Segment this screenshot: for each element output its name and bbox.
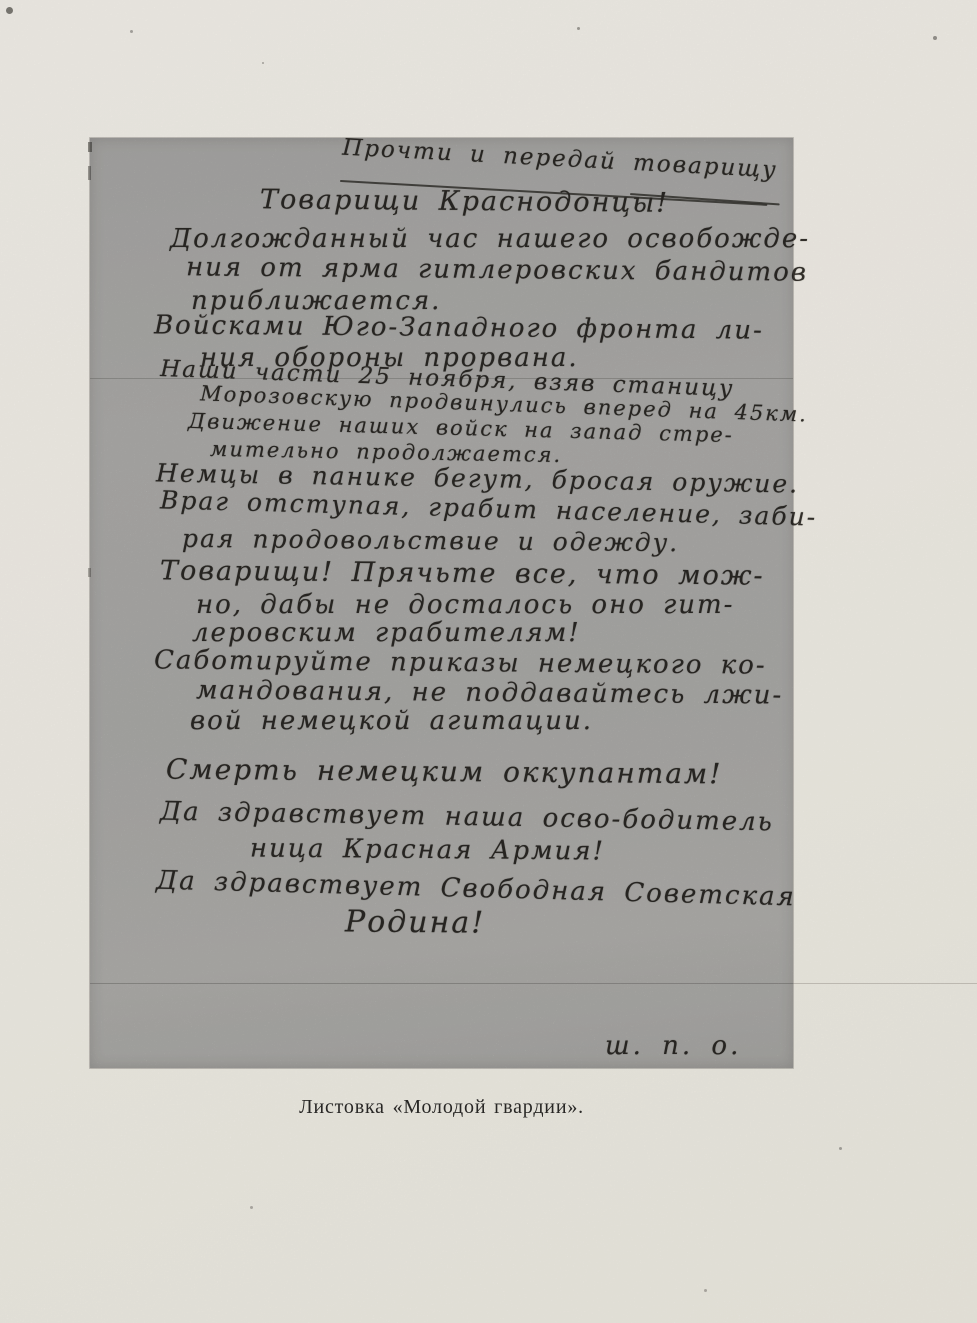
leaflet-signature: ш. п. о.: [605, 1033, 741, 1059]
torn-edge-mark: [88, 142, 92, 152]
leaflet-line: но, дабы не досталось оно гит-: [196, 592, 734, 618]
leaflet-line: рая продовольствие и одежду.: [182, 526, 679, 555]
dust-speck: [577, 27, 580, 30]
leaflet-line: Долгожданный час нашего освобожде-: [170, 226, 810, 252]
leaflet-line: Товарищи! Прячьте все, что мож-: [160, 557, 765, 589]
leaflet-line: Смерть немецким оккупантам!: [166, 756, 723, 789]
leaflet-line: Войсками Юго-Западного фронта ли-: [154, 312, 764, 343]
leaflet-line: Саботируйте приказы немецкого ко-: [154, 647, 767, 678]
dust-speck: [130, 30, 133, 33]
photo-caption: Листовка «Молодой гвардии».: [90, 1096, 793, 1119]
leaflet-line: Да здравствует наша осво-бодитель: [160, 799, 774, 836]
leaflet-line: Да здравствует Свободная Советская: [156, 868, 796, 911]
dust-speck: [839, 1147, 842, 1150]
torn-edge-mark: [88, 166, 91, 180]
leaflet-line: ница Красная Армия!: [250, 835, 605, 864]
leaflet-header: Прочти и передай товарищу: [342, 137, 778, 183]
dust-speck: [704, 1289, 707, 1292]
dust-speck: [250, 1206, 253, 1209]
leaflet-line: леровским грабителям!: [192, 620, 581, 646]
fold-line: [90, 983, 793, 984]
leaflet-line: мандования, не поддавайтесь лжи-: [196, 677, 783, 708]
scratch-line: [793, 983, 977, 984]
leaflet-line: Родина!: [345, 907, 486, 938]
dust-speck: [262, 62, 264, 64]
dust-speck: [933, 36, 937, 40]
leaflet-line: вой немецкой агитации.: [190, 708, 593, 734]
leaflet-photo: Прочти и передай товарищу Товарищи Красн…: [90, 138, 793, 1068]
book-page: Прочти и передай товарищу Товарищи Красн…: [0, 0, 977, 1323]
dust-speck: [6, 7, 13, 14]
leaflet-line: Товарищи Краснодонцы!: [260, 186, 669, 217]
leaflet-line: ния от ярма гитлеровских бандитов: [186, 254, 808, 285]
torn-edge-mark: [88, 568, 91, 577]
